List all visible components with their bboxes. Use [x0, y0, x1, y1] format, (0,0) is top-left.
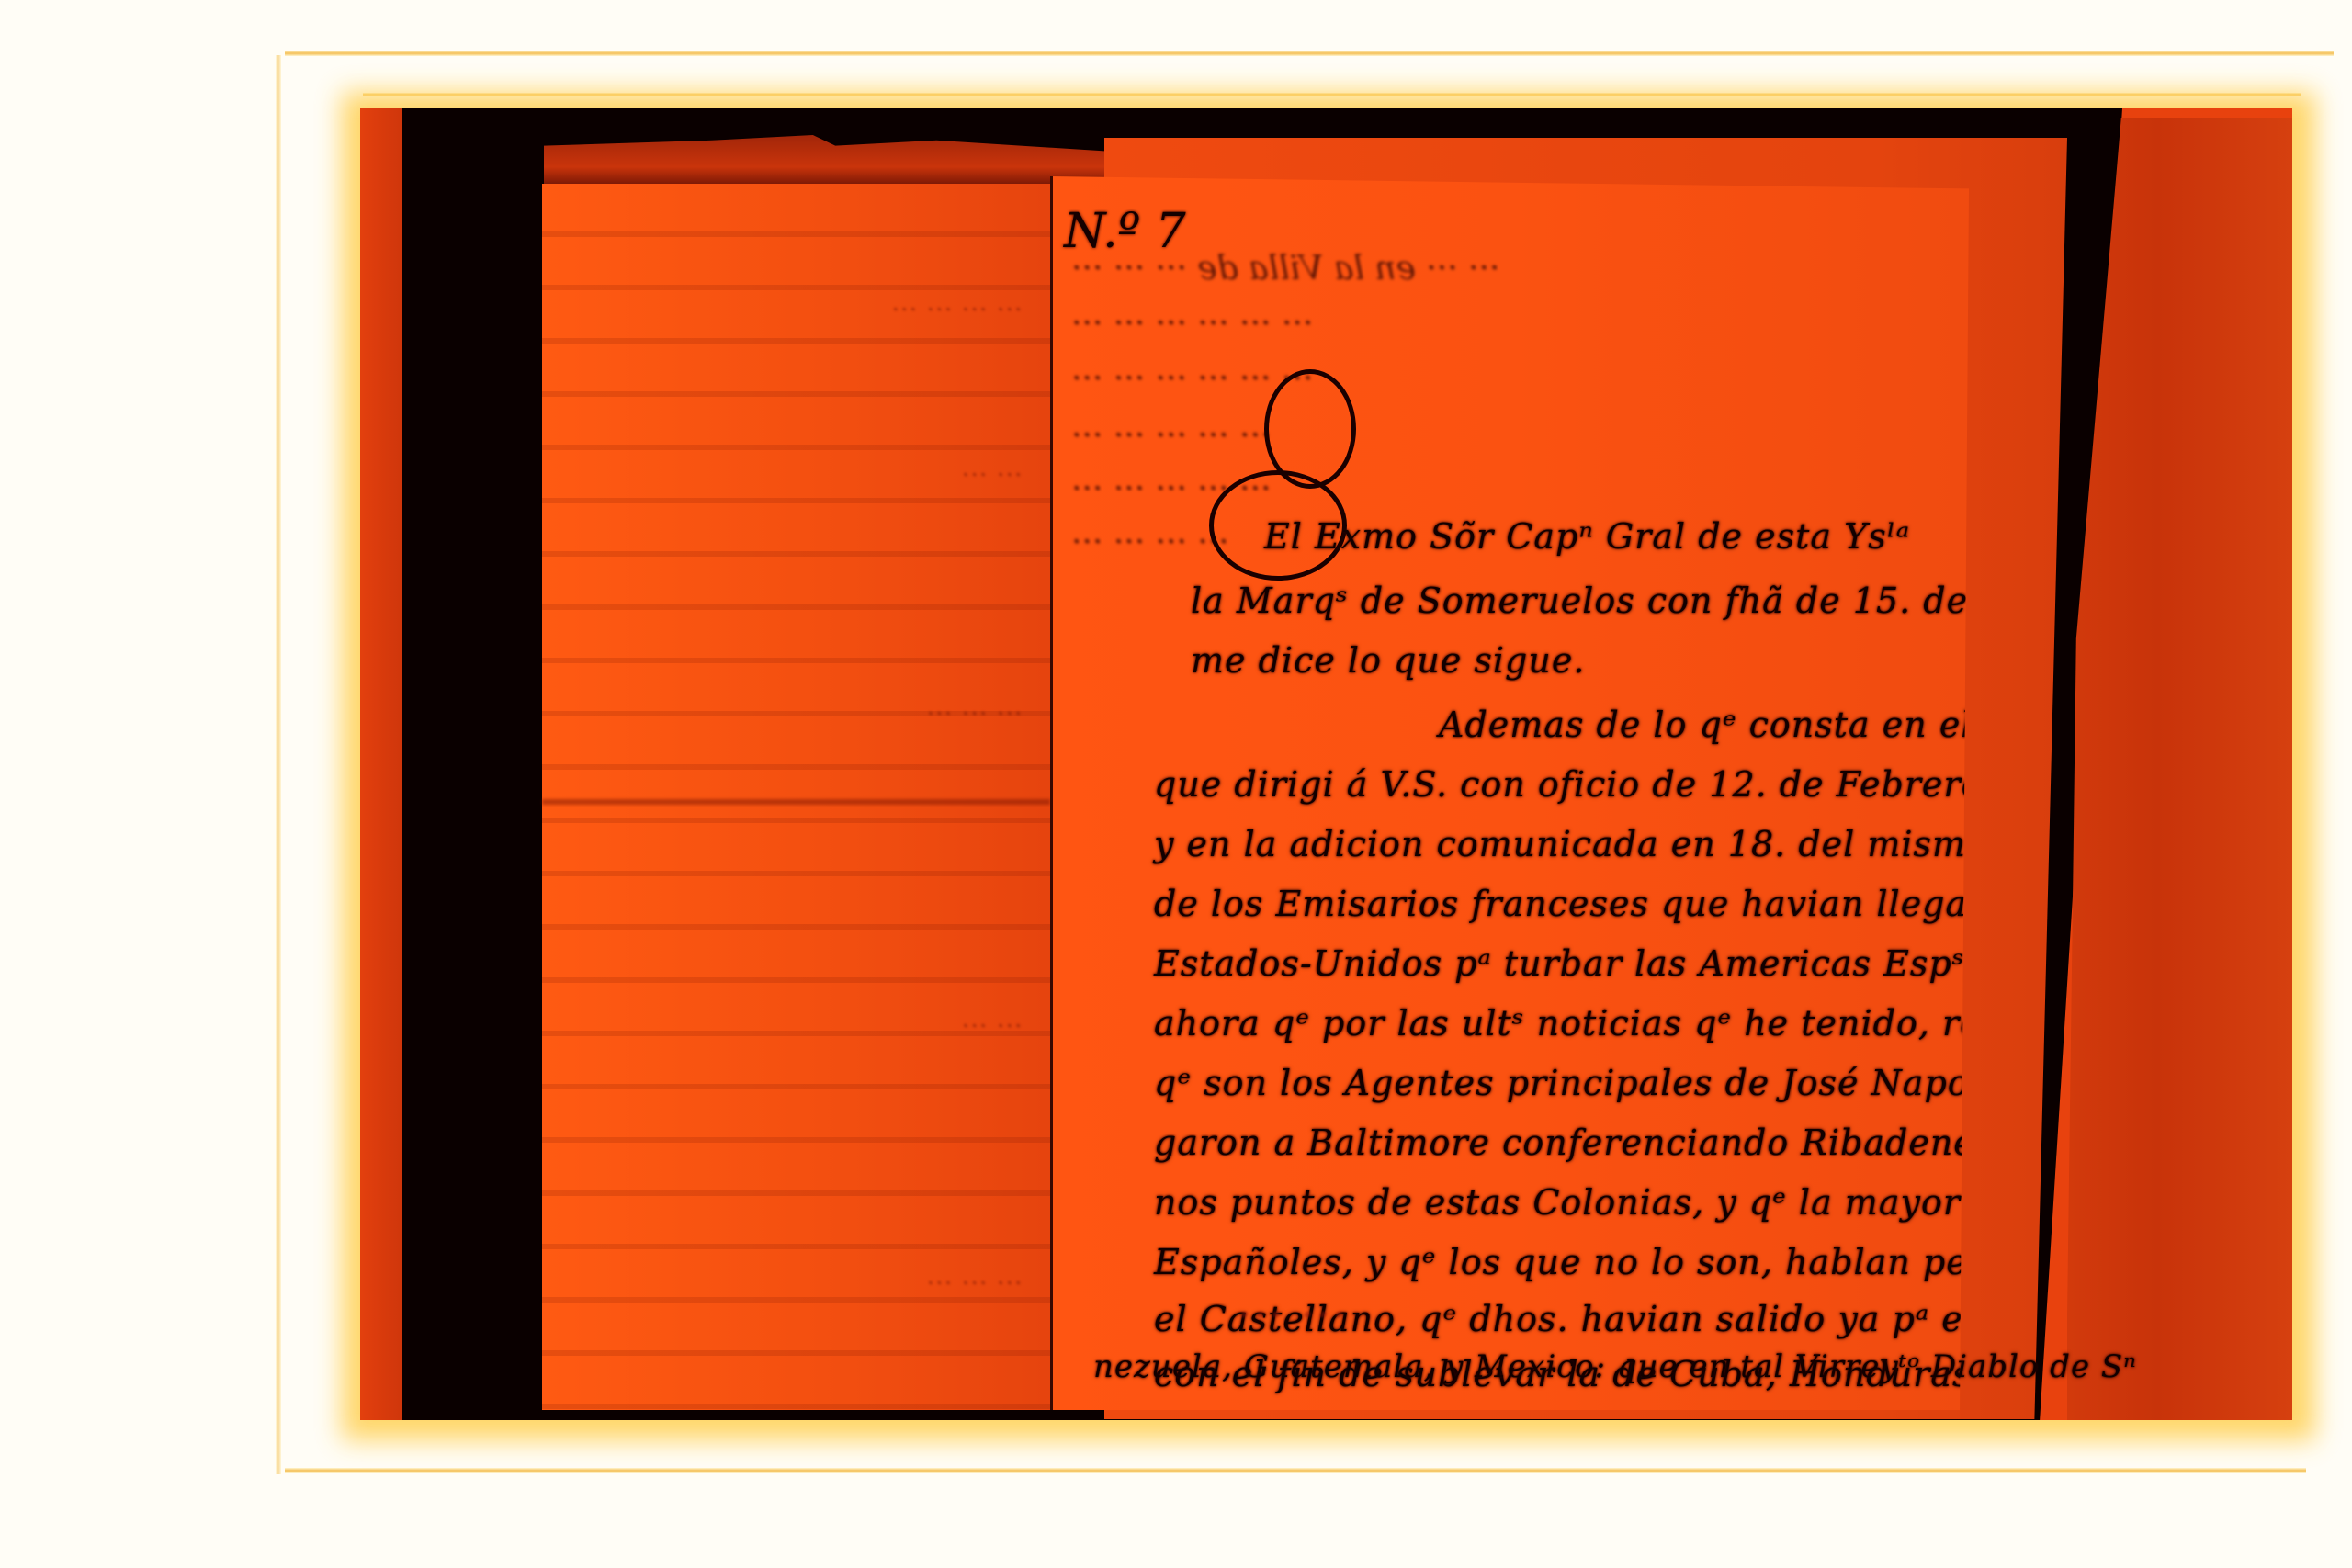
body-line: nezuela, Guatemala, y Mexico: que en tal…: [1093, 1348, 2137, 1385]
header-line: la Marqˢ de Someruelos con fhã de 15. de…: [1191, 581, 2094, 621]
faint-line: ··· ··· ··· ···: [579, 294, 1023, 326]
bleed-through-line: ··· ··· ··· ··· ···: [1071, 417, 1271, 455]
frame-line-bottom: [285, 1468, 2306, 1473]
frame-line-top-outer: [285, 51, 2334, 56]
fold-line: [542, 799, 1050, 805]
bleed-through-line: ··· ··· ··· ··· ··· ···: [1071, 305, 1313, 343]
right-page: N.º 7 ··· ··· en la Villa de ··· ··· ···…: [1050, 176, 1969, 1410]
body-line: ahora qᵉ por las ultˢ noticias qᵉ he ten…: [1154, 1003, 2073, 1043]
body-line: que dirigi á V.S. con oficio de 12. de F…: [1154, 764, 2088, 805]
faint-line: ··· ··· ···: [579, 698, 1023, 730]
left-page: ··· ··· ··· ··· ··· ··· ··· ··· ··· ··· …: [542, 184, 1050, 1410]
bleed-through-line: ··· ··· en la Villa de ··· ··· ···: [1071, 250, 1499, 288]
faint-stamp: ··· ···: [1237, 1286, 1347, 1344]
body-line: Estados-Unidos pᵃ turbar las Americas Es…: [1154, 943, 2101, 984]
bleed-through-line: ··· ··· ··· ···: [1071, 524, 1229, 561]
frame-line-left: [276, 55, 281, 1474]
faint-line: ··· ··· ···: [579, 1268, 1023, 1300]
faint-line: ··· ···: [579, 459, 1023, 491]
header-line: me dice lo que sigue.: [1191, 640, 1585, 681]
mount-left-strip: [360, 108, 402, 1420]
faint-line: ··· ···: [579, 1010, 1023, 1043]
body-line: y en la adicion comunicada en 18. del mi…: [1154, 824, 1988, 864]
header-line: El Exmo Sõr Capⁿ Gral de esta Ysˡᵃ: [1264, 516, 1910, 557]
